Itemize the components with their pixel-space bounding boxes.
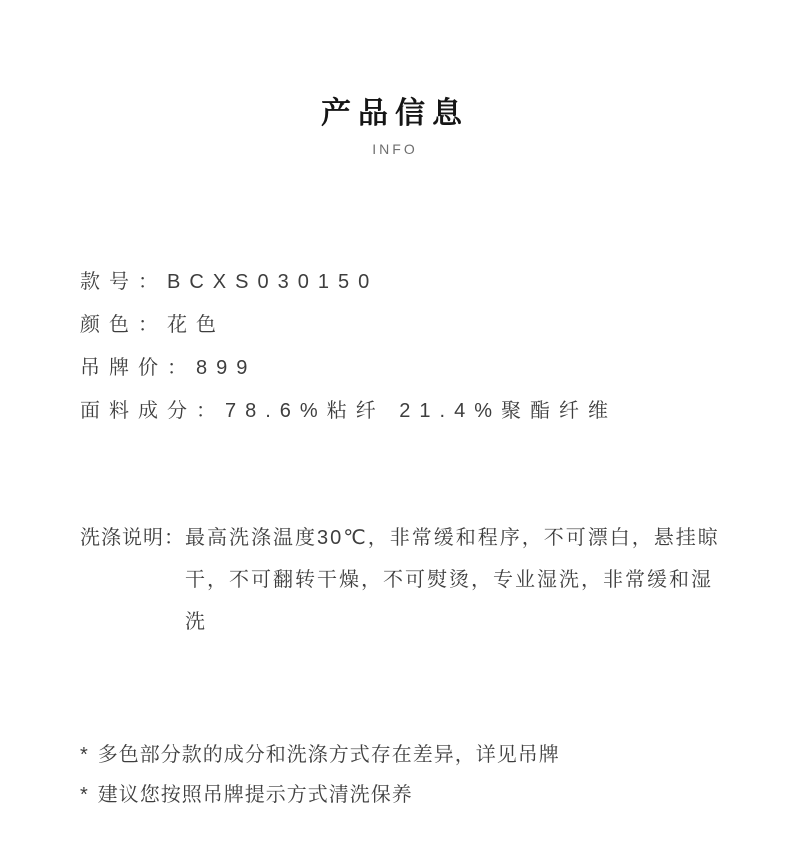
footnote-marker: *: [80, 775, 89, 815]
style-number-value: BCXS030150: [167, 271, 378, 293]
info-row-fabric-composition: 面料成分：78.6%粘纤 21.4%聚酯纤维: [80, 390, 790, 433]
product-info-list: 款号：BCXS030150 颜色：花色 吊牌价：899 面料成分：78.6%粘纤…: [80, 261, 790, 433]
info-row-color: 颜色：花色: [80, 304, 790, 347]
color-label: 颜色：: [80, 314, 167, 336]
info-row-tag-price: 吊牌价：899: [80, 347, 790, 390]
color-value: 花色: [167, 314, 225, 336]
footnote-care-advice: *建议您按照吊牌提示方式清洗保养: [80, 775, 790, 815]
fabric-composition-value: 78.6%粘纤 21.4%聚酯纤维: [225, 400, 617, 422]
page-subtitle: INFO: [0, 140, 790, 158]
washing-instructions-section: 洗涤说明： 最高洗涤温度30℃，非常缓和程序，不可漂白，悬挂晾干，不可翻转干燥，…: [80, 517, 790, 643]
footnote-marker: *: [80, 735, 89, 775]
tag-price-label: 吊牌价：: [80, 357, 196, 379]
tag-price-value: 899: [196, 357, 256, 379]
info-row-style-number: 款号：BCXS030150: [80, 261, 790, 304]
footnote-text: 建议您按照吊牌提示方式清洗保养: [98, 784, 413, 806]
footnotes: *多色部分款的成分和洗涤方式存在差异，详见吊牌 *建议您按照吊牌提示方式清洗保养: [80, 735, 790, 815]
page-title: 产品信息: [0, 0, 790, 134]
product-info-page: 产品信息 INFO 款号：BCXS030150 颜色：花色 吊牌价：899 面料…: [0, 0, 790, 862]
footnote-color-variants: *多色部分款的成分和洗涤方式存在差异，详见吊牌: [80, 735, 790, 775]
washing-instructions-label: 洗涤说明：: [80, 517, 185, 559]
washing-instructions-text: 最高洗涤温度30℃，非常缓和程序，不可漂白，悬挂晾干，不可翻转干燥，不可熨烫，专…: [185, 517, 733, 643]
footnote-text: 多色部分款的成分和洗涤方式存在差异，详见吊牌: [98, 744, 560, 766]
style-number-label: 款号：: [80, 271, 167, 293]
fabric-composition-label: 面料成分：: [80, 400, 225, 422]
